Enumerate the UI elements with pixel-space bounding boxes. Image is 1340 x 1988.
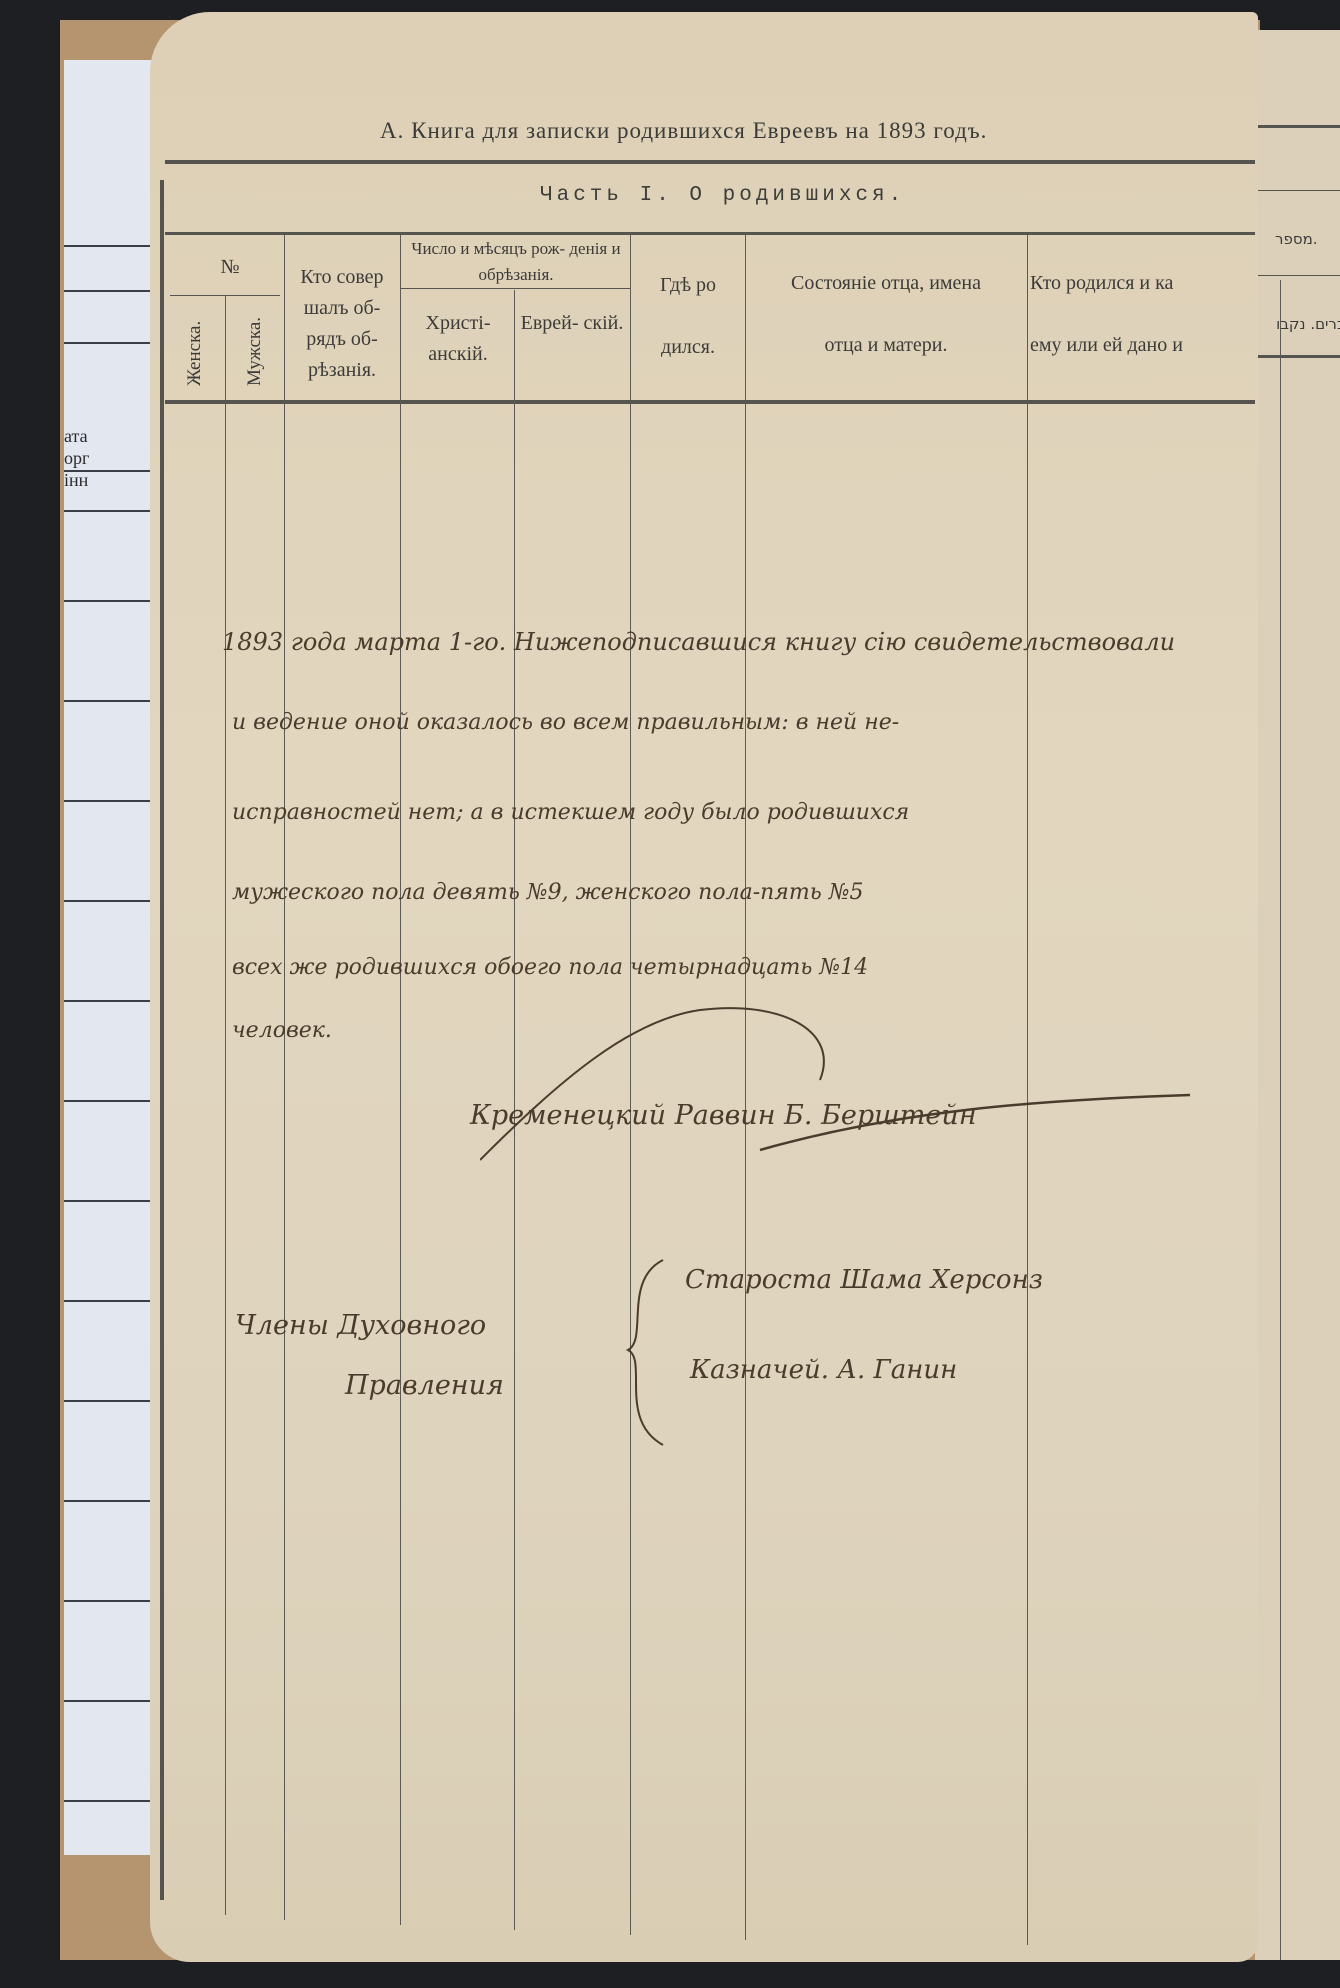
part-heading: Часть I. О родившихся. [540, 184, 905, 207]
header-top-rule [165, 232, 1255, 235]
insert-rule [64, 510, 154, 512]
title-double-rule [165, 160, 1255, 164]
header-christian-date: Христі- анскій. [405, 308, 511, 370]
insert-rule [64, 1200, 154, 1202]
insert-rule [64, 1100, 154, 1102]
column-line [400, 235, 401, 1925]
header-child-name-cont: ему или ей дано и [1030, 330, 1255, 361]
facing-page: מספר. זכרים. נקבו [1255, 30, 1340, 1960]
elder-signature: Староста Шама Херсонз [685, 1265, 1043, 1295]
entry-line: 1893 года марта 1-го. Нижеподписавшися к… [222, 628, 1175, 656]
header-number: № [200, 252, 260, 283]
treasurer-signature: Казначей. А. Ганин [690, 1355, 957, 1385]
header-parents-cont: отца и матери. [748, 330, 1024, 361]
insert-rule [64, 1600, 154, 1602]
board-label-cont: Правления [345, 1370, 504, 1401]
brace-icon [608, 1250, 678, 1450]
table-left-border [160, 180, 164, 1900]
header-birthplace-cont: дился. [634, 332, 742, 363]
entry-line: человек. [232, 1018, 332, 1043]
facing-column-line [1280, 280, 1281, 1960]
header-female: Женска. [184, 296, 206, 386]
insert-rule [64, 700, 154, 702]
insert-rule [64, 800, 154, 802]
entry-line: исправностей нет; а в истекшем году было… [232, 800, 909, 825]
board-label: Члены Духовного [235, 1310, 486, 1341]
header-parents: Состояніе отца, имена [748, 268, 1024, 299]
insert-line: орг [64, 447, 89, 469]
header-jewish-date: Еврей- скій. [518, 308, 626, 339]
insert-rule [64, 1000, 154, 1002]
entry-line: и ведение оной оказалось во всем правиль… [232, 710, 899, 735]
insert-rule [64, 1800, 154, 1802]
signature-flourish [480, 990, 1200, 1180]
header-bottom-rule [165, 400, 1255, 404]
date-subrule [400, 288, 630, 289]
header-birth-date: Число и мѣсяцъ рож- денія и обрѣзанія. [405, 236, 627, 288]
insert-text: ата орг інн [64, 425, 89, 491]
insert-rule [64, 290, 154, 292]
facing-rule [1255, 275, 1340, 276]
insert-rule [64, 245, 154, 247]
header-birthplace: Гдѣ ро [634, 270, 742, 301]
register-title: А. Книга для записки родившихся Евреевъ … [380, 118, 987, 144]
insert-rule [64, 1300, 154, 1302]
insert-rule [64, 900, 154, 902]
facing-rule [1255, 355, 1340, 358]
column-line [225, 295, 226, 1915]
header-male: Мужска. [244, 296, 266, 386]
insert-rule [64, 1400, 154, 1402]
insert-rule [64, 1700, 154, 1702]
facing-rule [1255, 125, 1340, 128]
column-line [284, 235, 285, 1920]
header-child-name: Кто родился и ка [1030, 268, 1260, 299]
insert-rule [64, 600, 154, 602]
index-insert-card [64, 60, 154, 1855]
facing-rule [1255, 190, 1340, 191]
header-circumciser: Кто совер шалъ об- рядъ об- рѣзанія. [288, 262, 396, 386]
entry-line: всех же родившихся обоего пола четырнадц… [232, 955, 868, 980]
insert-line: ата [64, 425, 89, 447]
hebrew-sex-header: זכרים. נקבו [1255, 315, 1340, 333]
insert-rule [64, 342, 154, 344]
insert-line: інн [64, 469, 89, 491]
insert-rule [64, 1500, 154, 1502]
entry-line: мужеского пола девять №9, женского пола-… [232, 880, 864, 905]
hebrew-number-header: מספר. [1275, 230, 1318, 248]
